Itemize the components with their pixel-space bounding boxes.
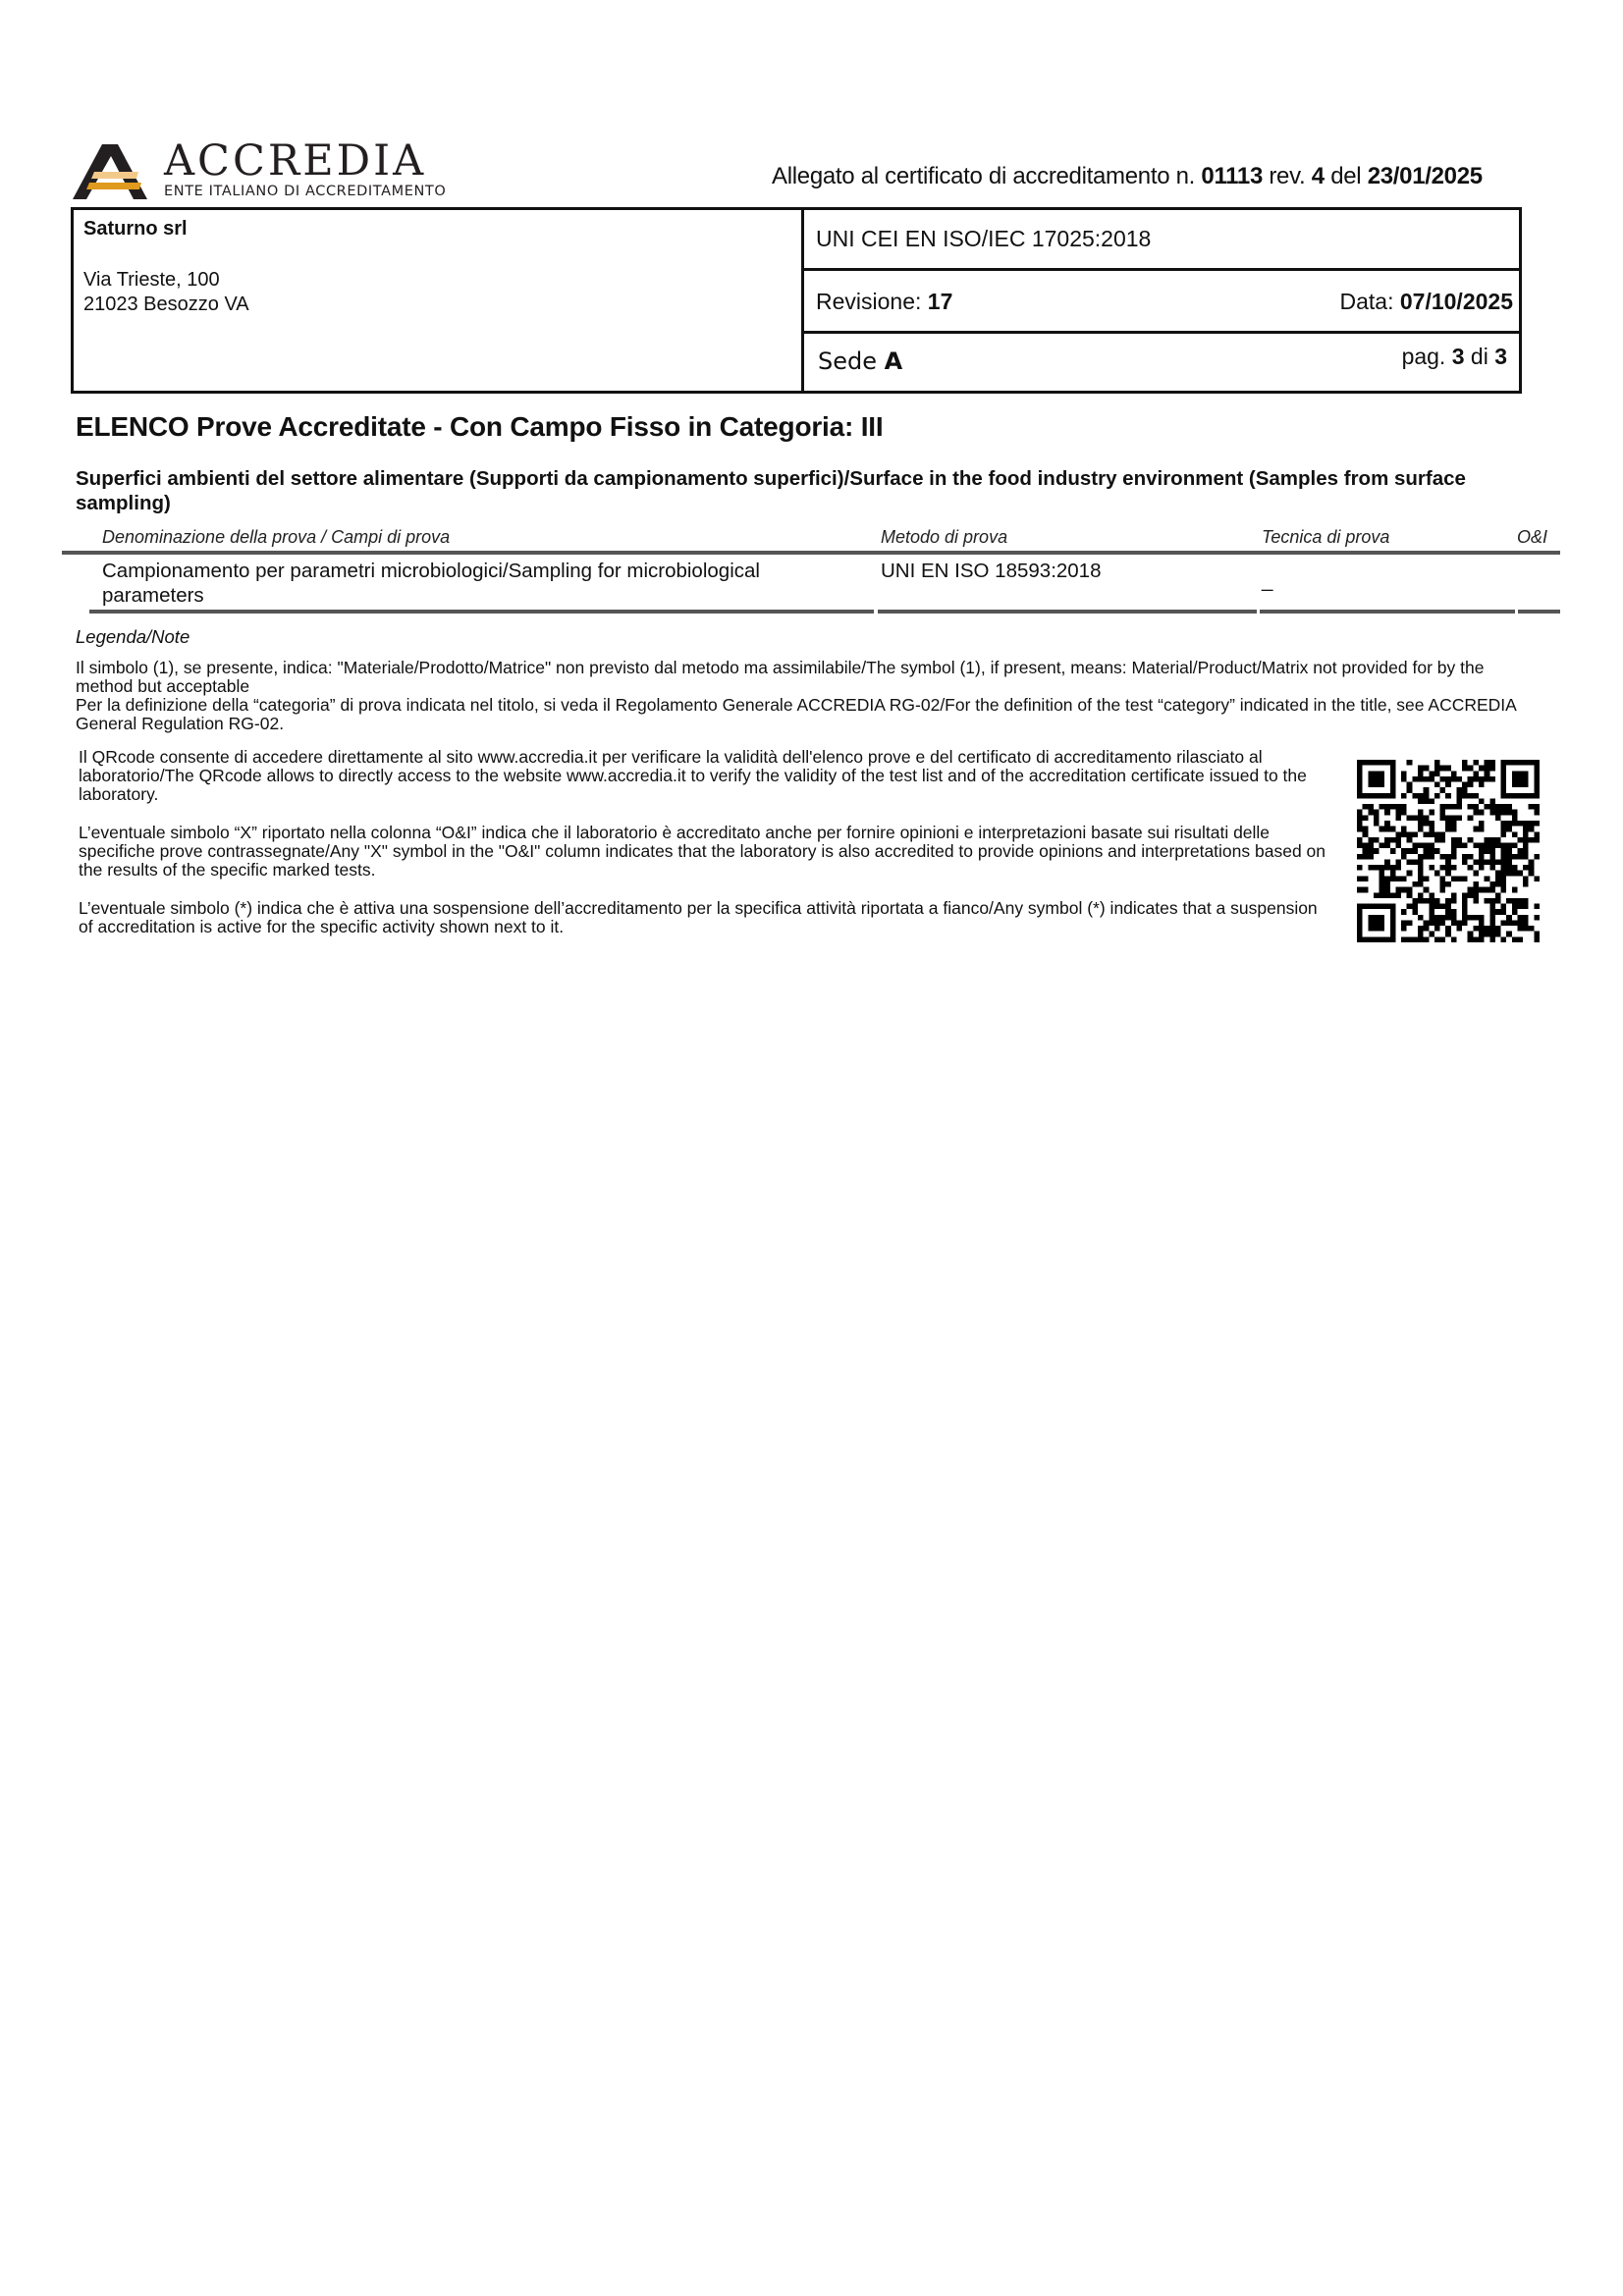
logo-tagline: ENTE ITALIANO DI ACCREDITAMENTO [164, 184, 446, 199]
legend-title: Legenda/Note [76, 626, 189, 648]
revision-date: Data: 07/10/2025 [1340, 289, 1514, 315]
company-name: Saturno srl [83, 218, 188, 240]
column-header-technique: Tecnica di prova [1262, 527, 1389, 548]
accredia-a-mark-icon [73, 144, 147, 199]
company-address: Via Trieste, 100 21023 Besozzo VA [83, 268, 249, 317]
certificate-revision: 4 [1312, 163, 1325, 189]
laboratory-info: Saturno srl Via Trieste, 100 21023 Besoz… [74, 210, 804, 391]
row-rule [878, 610, 1257, 614]
legend-note-category: Per la definizione della “categoria” di … [76, 696, 1529, 733]
test-method: UNI EN ISO 18593:2018 [881, 559, 1102, 583]
legend-note-symbol-1: Il simbolo (1), se presente, indica: "Ma… [76, 659, 1529, 696]
page-number: pag. 3 di 3 [1402, 344, 1507, 370]
document-info: UNI CEI EN ISO/IEC 17025:2018 Revisione:… [804, 210, 1519, 391]
section-title: ELENCO Prove Accreditate - Con Campo Fis… [76, 411, 883, 443]
column-header-test: Denominazione della prova / Campi di pro… [102, 527, 450, 548]
site: Sede A [818, 347, 902, 375]
certificate-reference: Allegato al certificato di accreditament… [772, 163, 1483, 190]
row-rule [1518, 610, 1560, 614]
header-rule [62, 551, 1560, 555]
legend-note-qrcode: Il QRcode consente di accedere direttame… [79, 748, 1335, 804]
standard: UNI CEI EN ISO/IEC 17025:2018 [816, 226, 1151, 252]
logo-wordmark: ACCREDIA [164, 136, 426, 186]
accredia-logo: ACCREDIA ENTE ITALIANO DI ACCREDITAMENTO [73, 142, 465, 203]
column-header-oi: O&I [1517, 527, 1547, 548]
certificate-number: 01113 [1201, 163, 1263, 189]
section-subtitle: Superfici ambienti del settore alimentar… [76, 466, 1548, 515]
row-rule [89, 610, 874, 614]
column-header-method: Metodo di prova [881, 527, 1007, 548]
qr-code-icon[interactable] [1357, 760, 1540, 942]
legend-note-oi: L’eventuale simbolo “X” riportato nella … [79, 824, 1335, 880]
header-box: Saturno srl Via Trieste, 100 21023 Besoz… [71, 207, 1522, 394]
certificate-date: 23/01/2025 [1368, 163, 1483, 189]
test-technique: _ [1262, 568, 1272, 593]
legend-note-suspension: L’eventuale simbolo (*) indica che è att… [79, 899, 1335, 936]
test-name: Campionamento per parametri microbiologi… [102, 559, 848, 608]
revision: Revisione: 17 [816, 289, 952, 315]
row-rule [1260, 610, 1515, 614]
